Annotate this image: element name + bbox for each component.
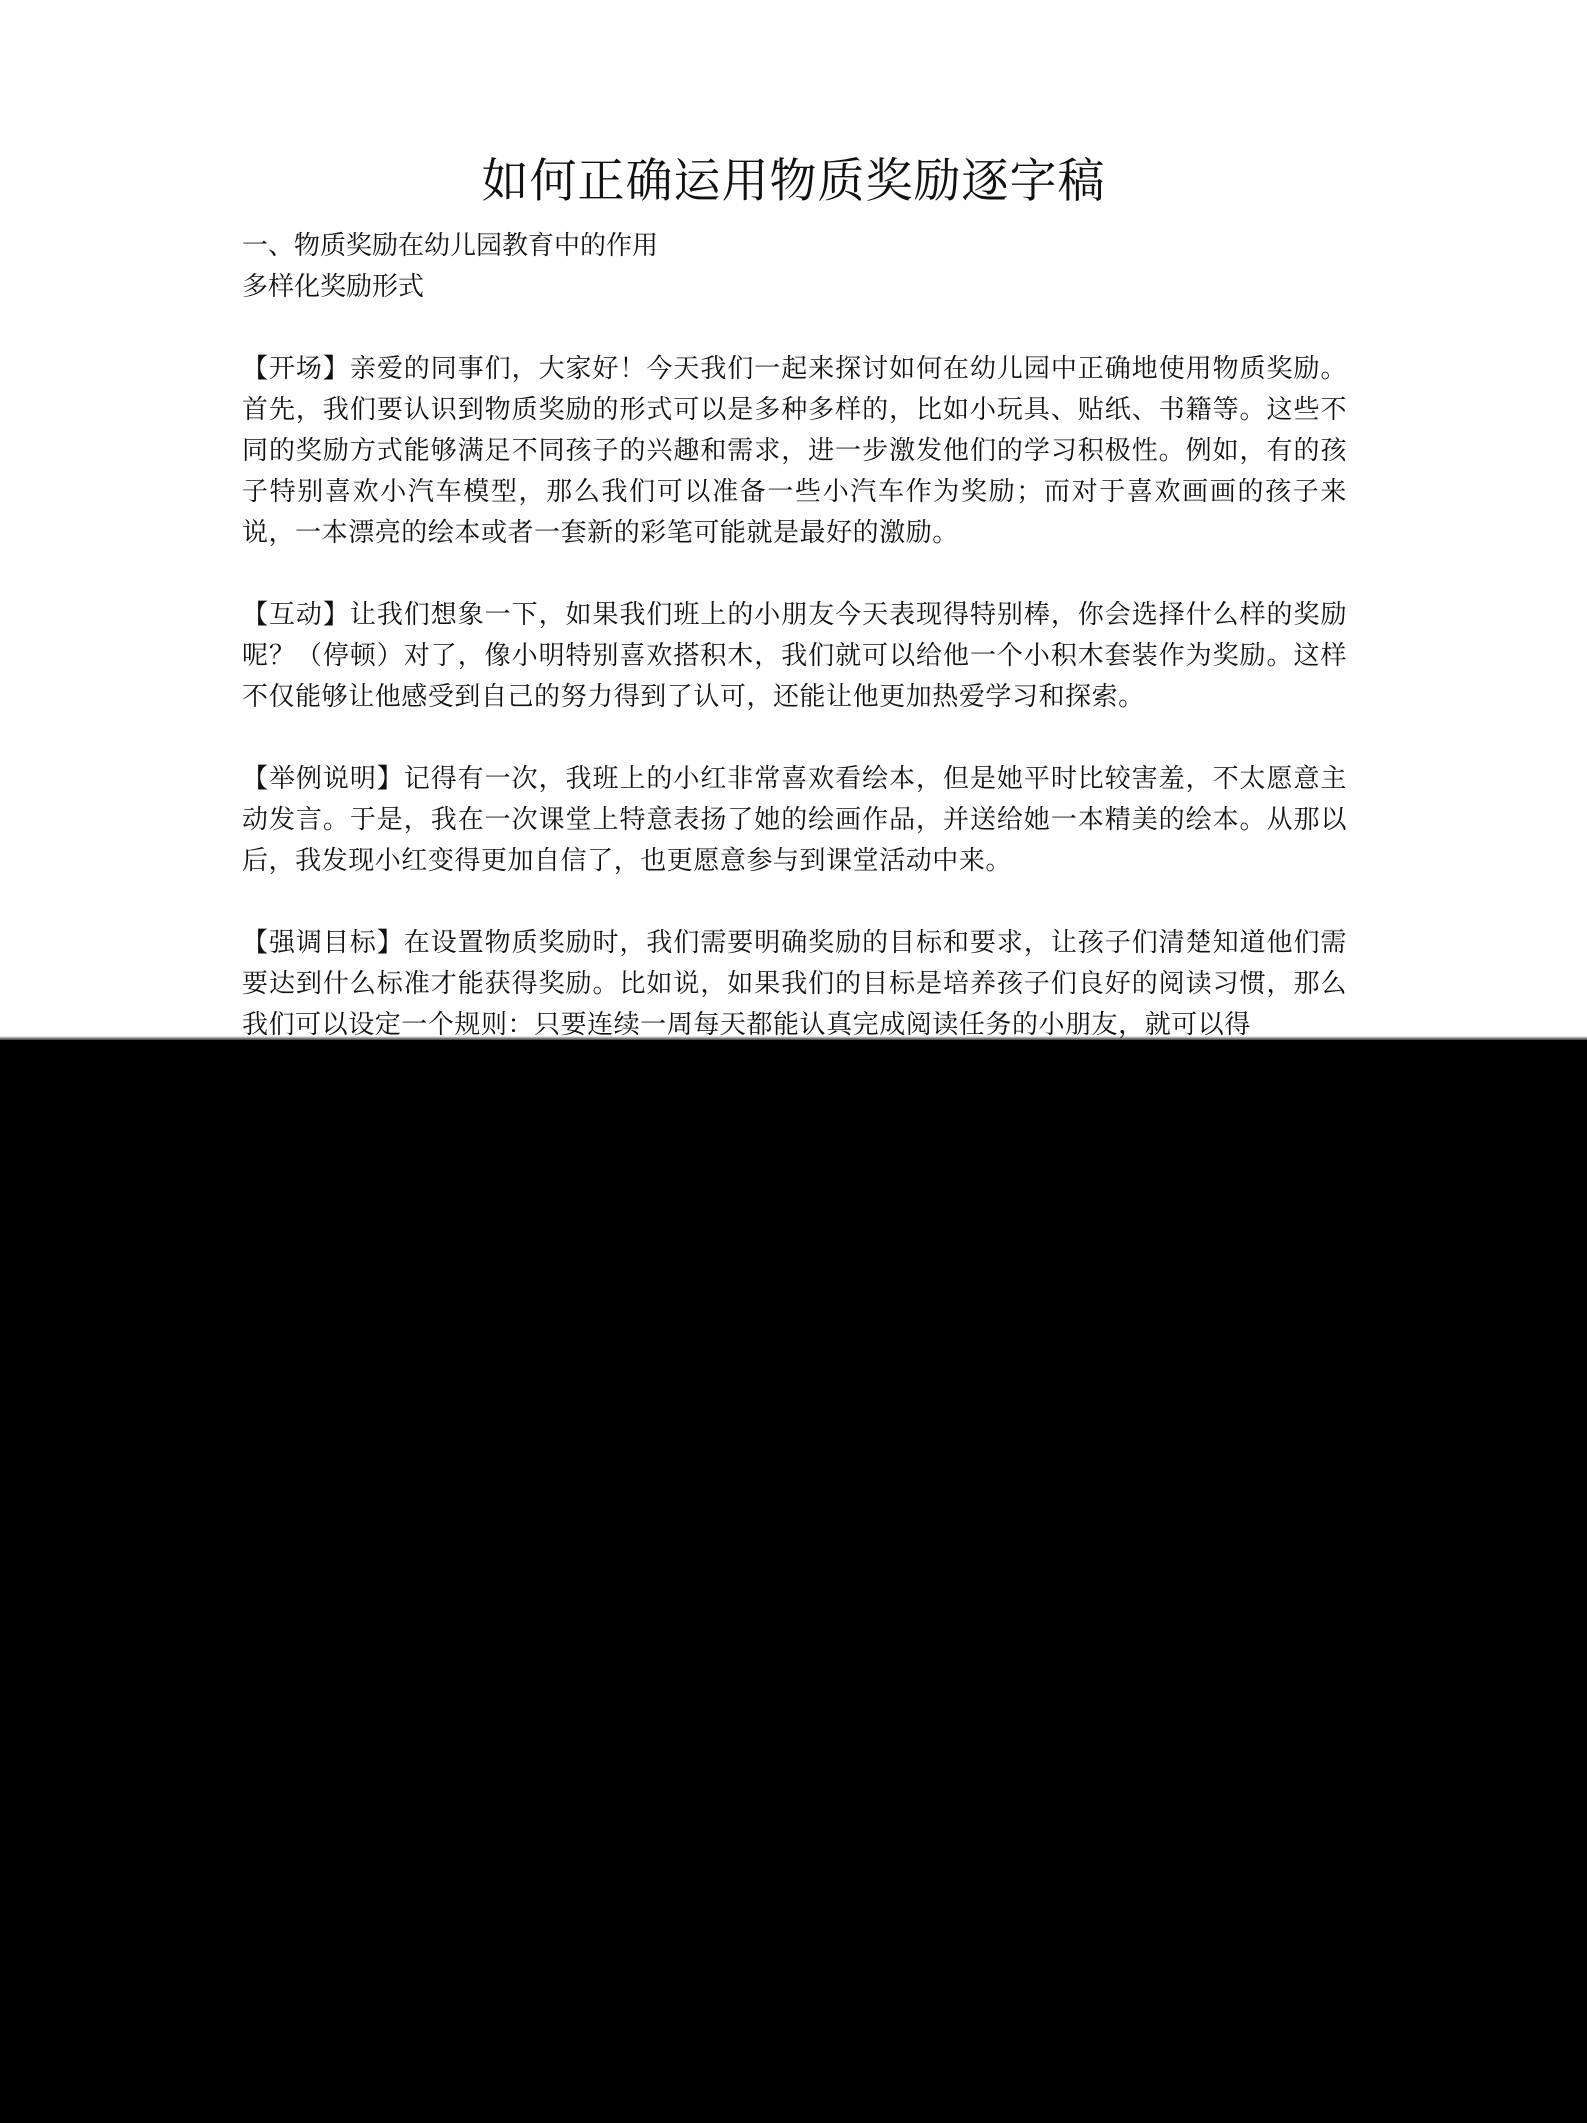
paragraph-tag: 【开场】 [242, 354, 350, 384]
document-page: 如何正确运用物质奖励逐字稿 一、物质奖励在幼儿园教育中的作用 多样化奖励形式 【… [0, 0, 1587, 1040]
redacted-black-region [0, 1040, 1587, 2123]
paragraph-example: 【举例说明】记得有一次，我班上的小红非常喜欢看绘本，但是她平时比较害羞，不太愿意… [242, 759, 1347, 882]
section-heading: 一、物质奖励在幼儿园教育中的作用 [242, 226, 1347, 267]
paragraph-interaction: 【互动】让我们想象一下，如果我们班上的小朋友今天表现得特别棒，你会选择什么样的奖… [242, 595, 1347, 718]
paragraph-opening: 【开场】亲爱的同事们，大家好！今天我们一起来探讨如何在幼儿园中正确地使用物质奖励… [242, 349, 1347, 554]
paragraph-text: 亲爱的同事们，大家好！今天我们一起来探讨如何在幼儿园中正确地使用物质奖励。首先，… [242, 354, 1347, 548]
paragraph-tag: 【举例说明】 [242, 764, 404, 794]
paragraph-tag: 【强调目标】 [242, 928, 404, 958]
document-body: 一、物质奖励在幼儿园教育中的作用 多样化奖励形式 【开场】亲爱的同事们，大家好！… [242, 226, 1347, 1046]
paragraph-goal: 【强调目标】在设置物质奖励时，我们需要明确奖励的目标和要求，让孩子们清楚知道他们… [242, 923, 1347, 1046]
paragraph-text: 记得有一次，我班上的小红非常喜欢看绘本，但是她平时比较害羞，不太愿意主动发言。于… [242, 764, 1347, 876]
paragraph-tag: 【互动】 [242, 600, 350, 630]
paragraph-text: 让我们想象一下，如果我们班上的小朋友今天表现得特别棒，你会选择什么样的奖励呢？（… [242, 600, 1347, 712]
subsection-heading: 多样化奖励形式 [242, 267, 1347, 308]
paragraph-text: 在设置物质奖励时，我们需要明确奖励的目标和要求，让孩子们清楚知道他们需要达到什么… [242, 928, 1347, 1040]
document-title: 如何正确运用物质奖励逐字稿 [0, 150, 1587, 214]
